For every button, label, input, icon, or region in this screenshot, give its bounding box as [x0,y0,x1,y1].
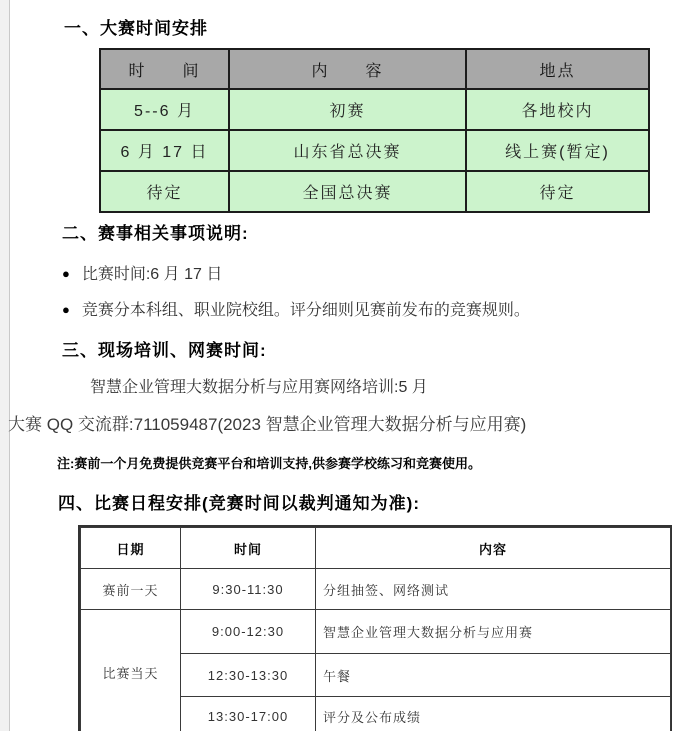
bullet-text: 竞赛分本科组、职业院校组。评分细则见赛前发布的竞赛规则。 [82,302,530,319]
agenda-date-cell-merged: 比赛当天 [81,610,181,731]
section4-heading: 四、比赛日程安排(竞赛时间以裁判通知为准): [58,489,420,514]
schedule-header-time: 时 间 [100,49,229,89]
agenda-content-cell: 午餐 [316,654,671,697]
document-page: 一、大赛时间安排 时 间 内 容 地点 5--6 月 初赛 各地校内 6 月 1… [0,0,693,731]
agenda-header-content: 内容 [316,528,671,569]
schedule-cell: 全国总决赛 [229,171,466,212]
agenda-time-cell: 12:30-13:30 [181,654,316,697]
table-row: 待定 全国总决赛 待定 [100,171,649,212]
bullet-item: ●竞赛分本科组、职业院校组。评分细则见赛前发布的竞赛规则。 [62,297,530,320]
schedule-cell: 待定 [466,171,649,212]
competition-schedule-table: 时 间 内 容 地点 5--6 月 初赛 各地校内 6 月 17 日 山东省总决… [99,48,650,213]
bullet-icon: ● [62,302,70,317]
schedule-cell: 线上赛(暂定) [466,130,649,171]
table-row: 6 月 17 日 山东省总决赛 线上赛(暂定) [100,130,649,171]
agenda-content-cell: 智慧企业管理大数据分析与应用赛 [316,610,671,654]
agenda-content-cell: 分组抽签、网络测试 [316,569,671,610]
schedule-cell: 6 月 17 日 [100,130,229,171]
page-left-edge [0,0,10,731]
schedule-header-content: 内 容 [229,49,466,89]
schedule-cell: 初赛 [229,89,466,130]
section3-heading: 三、现场培训、网赛时间: [62,336,267,361]
bullet-icon: ● [62,266,70,281]
agenda-header-row: 日期 时间 内容 [81,528,671,569]
schedule-cell: 5--6 月 [100,89,229,130]
schedule-header-location: 地点 [466,49,649,89]
agenda-table: 日期 时间 内容 赛前一天 9:30-11:30 分组抽签、网络测试 比赛当天 … [80,527,671,731]
bullet-item: ●比赛时间:6 月 17 日 [62,261,222,284]
agenda-content-cell: 评分及公布成绩 [316,697,671,731]
table-row: 赛前一天 9:30-11:30 分组抽签、网络测试 [81,569,671,610]
agenda-time-cell: 9:00-12:30 [181,610,316,654]
schedule-cell: 待定 [100,171,229,212]
section2-heading: 二、赛事相关事项说明: [62,219,249,244]
section1-heading: 一、大赛时间安排 [64,14,208,39]
agenda-date-cell: 赛前一天 [81,569,181,610]
schedule-header-row: 时 间 内 容 地点 [100,49,649,89]
note-line: 注:赛前一个月免费提供竞赛平台和培训支持,供参赛学校练习和竞赛使用。 [57,453,481,472]
training-line: 智慧企业管理大数据分析与应用赛网络培训:5 月 [90,374,428,397]
agenda-time-cell: 13:30-17:00 [181,697,316,731]
agenda-table-wrapper: 日期 时间 内容 赛前一天 9:30-11:30 分组抽签、网络测试 比赛当天 … [78,525,672,731]
table-row: 5--6 月 初赛 各地校内 [100,89,649,130]
bullet-text: 比赛时间:6 月 17 日 [82,266,222,283]
agenda-header-date: 日期 [81,528,181,569]
agenda-header-time: 时间 [181,528,316,569]
schedule-cell: 各地校内 [466,89,649,130]
qq-group-line: 大赛 QQ 交流群:711059487(2023 智慧企业管理大数据分析与应用赛… [8,410,526,435]
schedule-cell: 山东省总决赛 [229,130,466,171]
agenda-time-cell: 9:30-11:30 [181,569,316,610]
table-row: 比赛当天 9:00-12:30 智慧企业管理大数据分析与应用赛 [81,610,671,654]
